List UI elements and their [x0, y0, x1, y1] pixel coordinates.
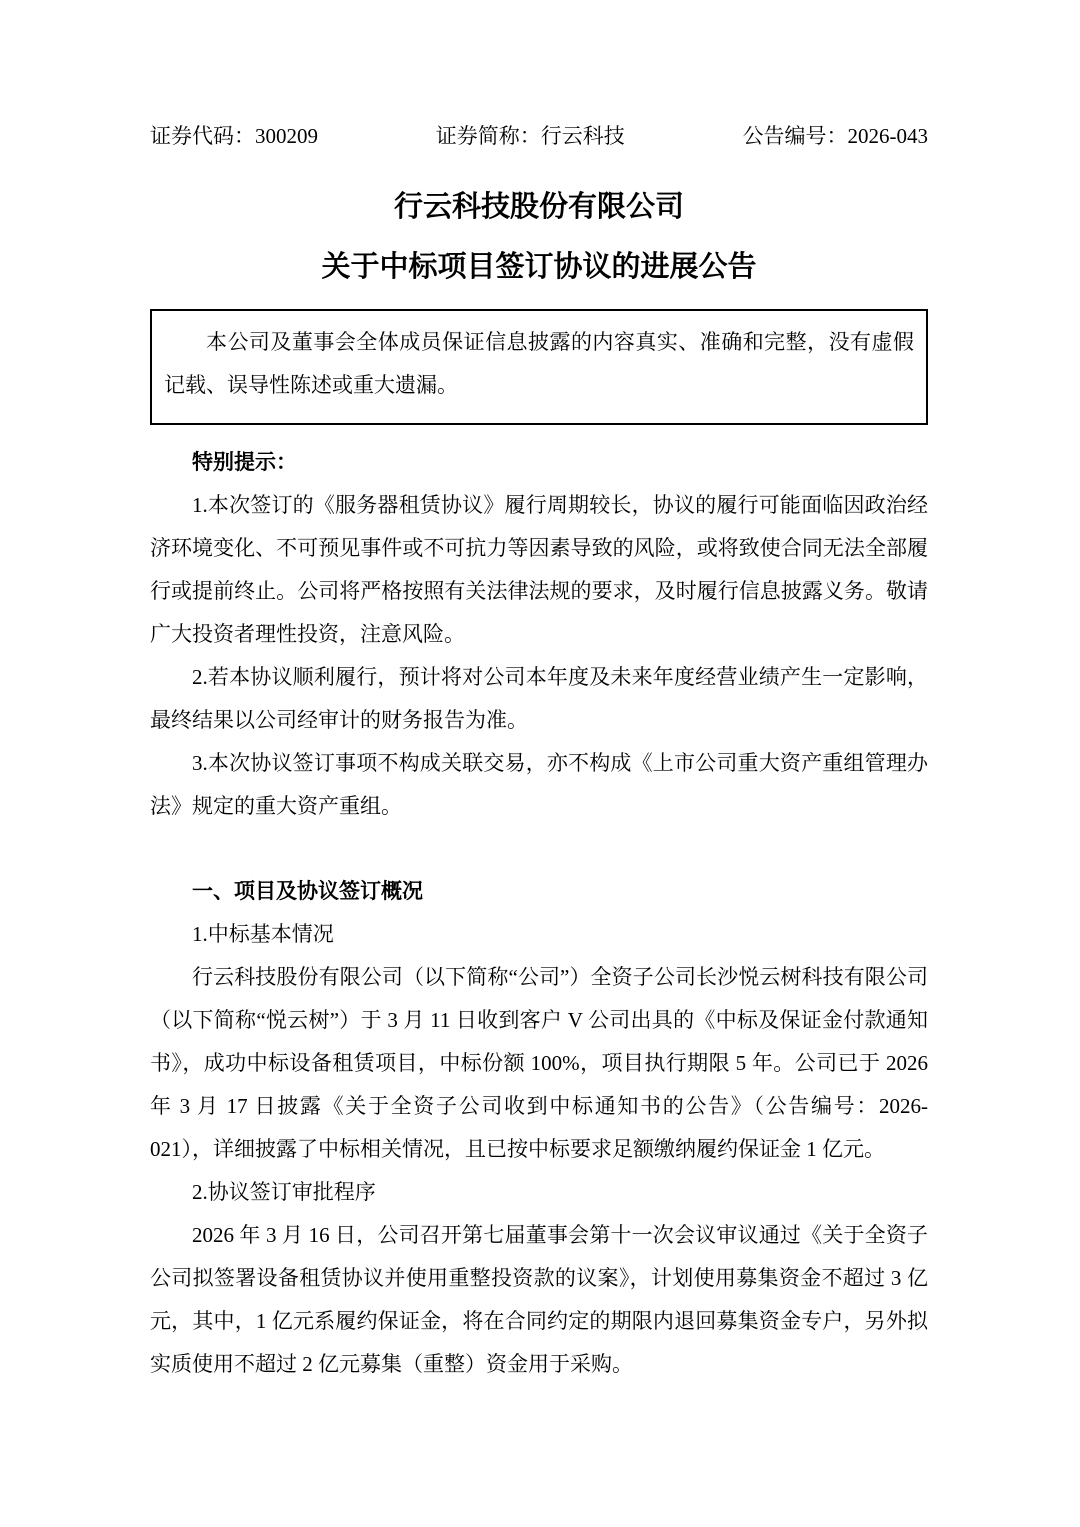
company-title: 行云科技股份有限公司 — [150, 190, 928, 224]
stock-abbr: 证券简称：行云科技 — [436, 122, 625, 150]
section-1-sub-1-body: 行云科技股份有限公司（以下简称“公司”）全资子公司长沙悦云树科技有限公司（以下简… — [150, 956, 928, 1171]
document-header: 证券代码：300209 证券简称：行云科技 公告编号：2026-043 — [150, 122, 928, 150]
special-notice-item-2: 2.若本协议顺利履行，预计将对公司本年度及未来年度经营业绩产生一定影响，最终结果… — [150, 656, 928, 742]
section-1-sub-2-heading: 2.协议签订审批程序 — [150, 1171, 928, 1214]
page-content: 证券代码：300209 证券简称：行云科技 公告编号：2026-043 行云科技… — [0, 0, 1080, 1386]
disclaimer-text: 本公司及董事会全体成员保证信息披露的内容真实、准确和完整，没有虚假记载、误导性陈… — [164, 321, 914, 407]
section-1-sub-1-heading: 1.中标基本情况 — [150, 913, 928, 956]
special-notice-item-1: 1.本次签订的《服务器租赁协议》履行周期较长，协议的履行可能面临因政治经济环境变… — [150, 484, 928, 656]
announcement-page: 证券代码：300209 证券简称：行云科技 公告编号：2026-043 行云科技… — [0, 0, 1080, 1527]
disclaimer-box: 本公司及董事会全体成员保证信息披露的内容真实、准确和完整，没有虚假记载、误导性陈… — [150, 309, 928, 425]
special-notice-item-3: 3.本次协议签订事项不构成关联交易，亦不构成《上市公司重大资产重组管理办法》规定… — [150, 742, 928, 828]
stock-code: 证券代码：300209 — [150, 122, 318, 150]
special-notice-heading: 特别提示： — [150, 441, 928, 484]
announcement-title: 关于中标项目签订协议的进展公告 — [150, 250, 928, 284]
announcement-number: 公告编号：2026-043 — [743, 122, 929, 150]
section-1-sub-2-body: 2026 年 3 月 16 日，公司召开第七届董事会第十一次会议审议通过《关于全… — [150, 1214, 928, 1386]
section-1-heading: 一、项目及协议签订概况 — [150, 870, 928, 913]
